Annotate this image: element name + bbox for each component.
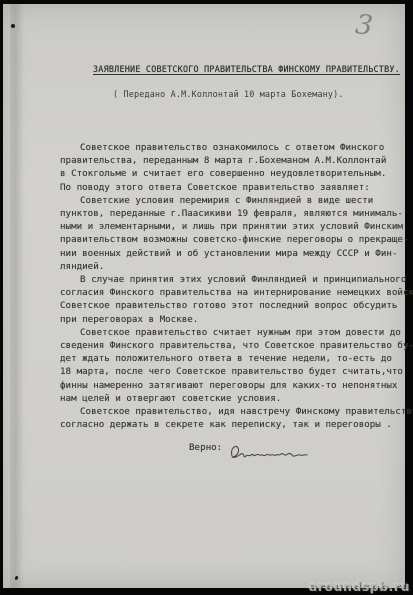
paragraph: Советское правительство считает нужным п… xyxy=(60,326,400,405)
body-line: согласно держать в секрете как переписку… xyxy=(60,418,400,431)
body-line: сведения Финского правительства, что Сов… xyxy=(60,339,400,352)
body-line: ляндией. xyxy=(60,260,400,273)
body-line: В случае принятия этих условий Финляндие… xyxy=(60,273,400,286)
body-line: финны намеренно затягивают переговоры дл… xyxy=(60,379,400,392)
body-line: согласия Финского правительства на интер… xyxy=(60,286,400,299)
body-line: нии военных действий и об установлении м… xyxy=(60,247,400,260)
document-title: ЗАЯВЛЕНИЕ СОВЕТСКОГО ПРАВИТЕЛЬСТВА ФИНСК… xyxy=(93,64,400,74)
body-line: Советские условия перемирия с Финляндией… xyxy=(60,194,400,207)
body-line: пунктов, переданные г.Паасикиви 19 февра… xyxy=(60,207,400,220)
document-page: 3 ЗАЯВЛЕНИЕ СОВЕТСКОГО ПРАВИТЕЛЬСТВА ФИН… xyxy=(3,4,405,588)
body-line: Советское правительство готово этот посл… xyxy=(60,299,400,312)
paper-fold-shadow xyxy=(10,4,24,588)
body-line: при переговорах в Москве. xyxy=(60,313,400,326)
paragraph: В случае принятия этих условий Финляндие… xyxy=(60,273,400,326)
document-subtitle: ( Передано А.М.Коллонтай 10 марта Бохема… xyxy=(113,89,344,99)
body-line: нам целей и отвергают советские условия. xyxy=(60,392,400,405)
body-line: По поводу этого ответа Советское правите… xyxy=(60,181,400,194)
body-line: Советское правительство, идя навстречу Ф… xyxy=(60,405,400,418)
paragraph: Советское правительство, идя навстречу Ф… xyxy=(60,405,400,431)
paragraph: Советское правительство ознакомилось с о… xyxy=(60,141,400,194)
certification-line: Верно: xyxy=(189,442,310,464)
watermark: aroundspb.ru xyxy=(309,579,410,594)
signature-scribble-icon xyxy=(228,443,310,461)
scan-frame: 3 ЗАЯВЛЕНИЕ СОВЕТСКОГО ПРАВИТЕЛЬСТВА ФИН… xyxy=(0,0,413,595)
body-line: 18 марта, после чего Советское правитель… xyxy=(60,365,400,378)
certification-label: Верно: xyxy=(189,442,222,453)
body-line: правительства, переданным 8 марта г.Бохе… xyxy=(60,154,400,167)
handwritten-page-number: 3 xyxy=(349,7,379,46)
body-line: дет ждать положительного ответа в течени… xyxy=(60,352,400,365)
body-line: Советское правительство считает нужным п… xyxy=(60,326,400,339)
body-line: ными и элементарными, и лишь при приняти… xyxy=(60,220,400,233)
paragraph: Советские условия перемирия с Финляндией… xyxy=(60,194,400,273)
body-line: правительством возможны советско-финские… xyxy=(60,233,400,246)
body-line: в Стокгольме и считает его совершенно не… xyxy=(60,167,400,180)
ink-speck xyxy=(11,24,15,28)
body-line: Советское правительство ознакомилось с о… xyxy=(60,141,400,154)
document-body: Советское правительство ознакомилось с о… xyxy=(60,141,400,431)
